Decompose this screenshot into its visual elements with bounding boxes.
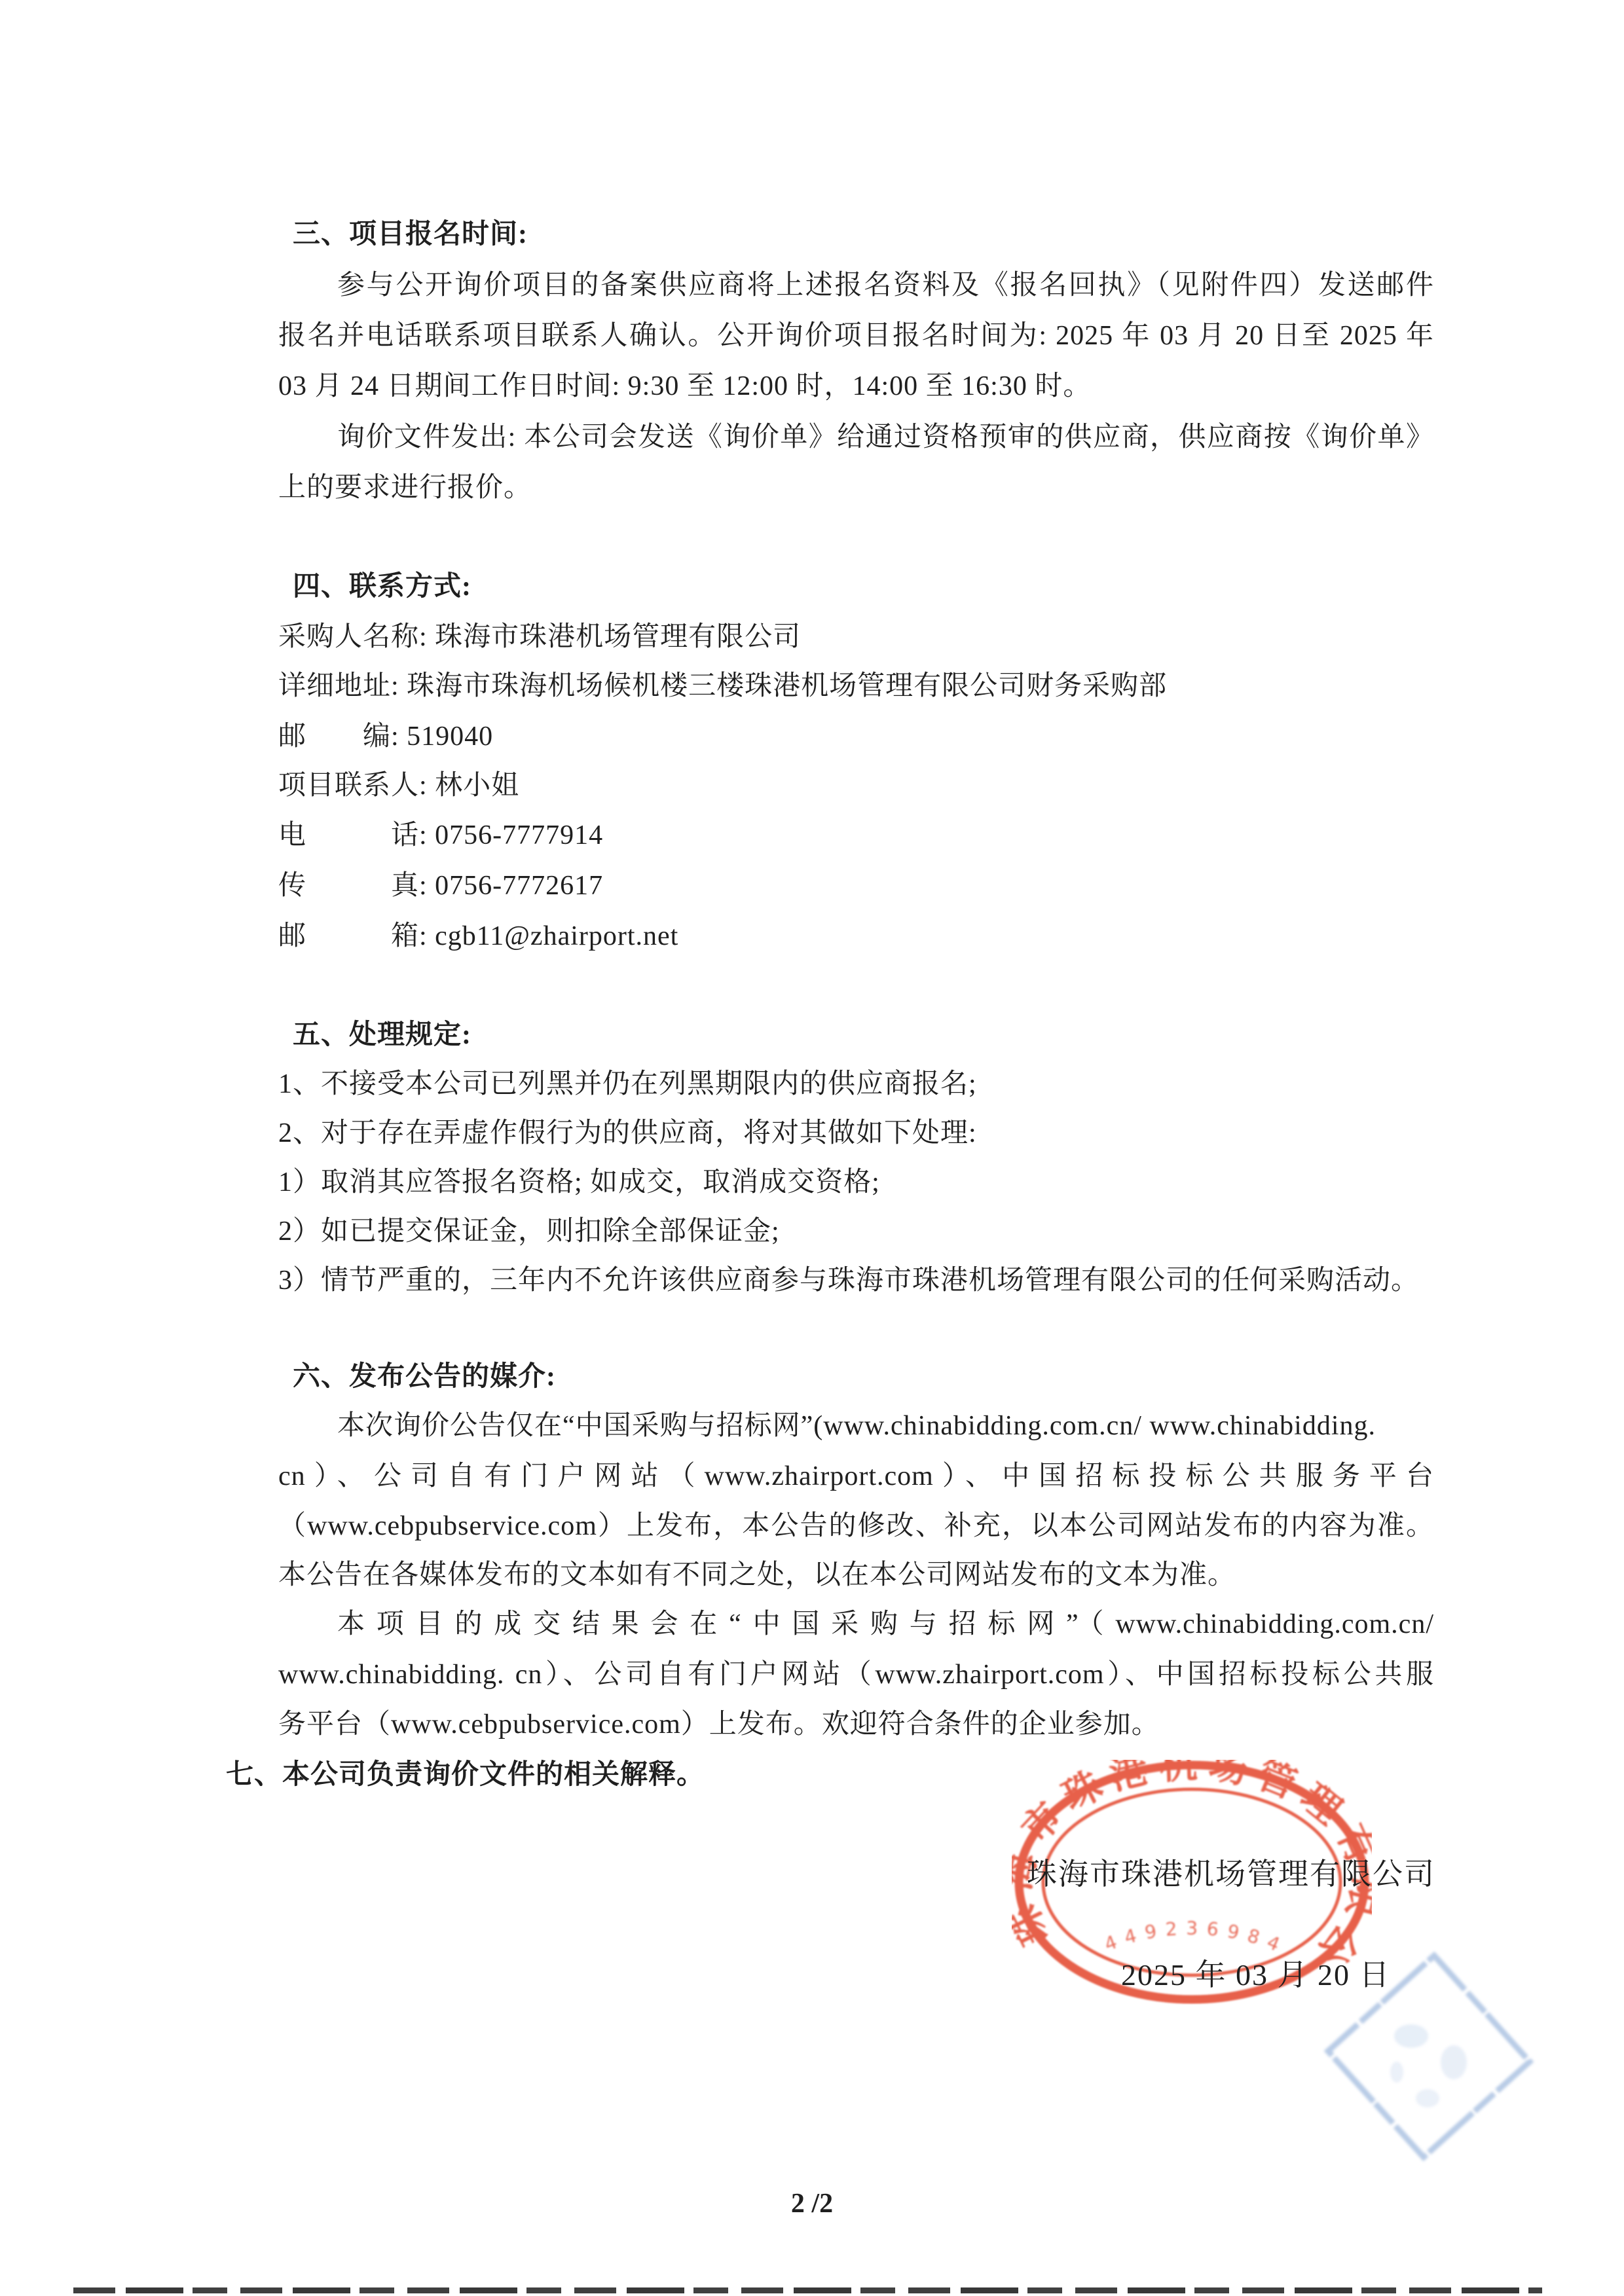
blue-stamp-smudge	[1441, 2045, 1467, 2079]
doc-line: 本项目的成交结果会在“中国采购与招标网”（www.chinabidding.co…	[278, 1606, 1434, 1643]
document-page: 三、项目报名时间: 参与公开询价项目的备案供应商将上述报名资料及《报名回执》（见…	[0, 0, 1624, 2296]
line-address: 详细地址: 珠海市珠海机场候机楼三楼珠港机场管理有限公司财务采购部	[278, 668, 1434, 704]
doc-line: 上的要求进行报价。	[278, 469, 1434, 506]
rule-subitem: 2）如已提交保证金，则扣除全部保证金;	[278, 1213, 1434, 1250]
doc-line: 询价文件发出: 本公司会发送《询价单》给通过资格预审的供应商，供应商按《询价单》	[278, 419, 1434, 456]
section-4-heading: 四、联系方式:	[278, 568, 1449, 605]
page-number: 2 /2	[0, 2188, 1624, 2219]
line-phone: 电 话: 0756-7777914	[278, 817, 1434, 854]
section-6-heading: 六、发布公告的媒介:	[278, 1358, 1449, 1395]
line-purchaser-name: 采购人名称: 珠海市珠港机场管理有限公司	[278, 619, 1434, 655]
scan-edge-artifact	[73, 2287, 1542, 2293]
doc-line: 03 月 24 日期间工作日时间: 9:30 至 12:00 时，14:00 至…	[278, 368, 1434, 405]
blue-stamp-smudge	[1390, 2062, 1403, 2083]
line-contact-person: 项目联系人: 林小姐	[278, 767, 1434, 804]
doc-line: （www.cebpubservice.com）上发布，本公告的修改、补充，以本公…	[278, 1508, 1434, 1544]
rule-item: 2、对于存在弄虚作假行为的供应商，将对其做如下处理:	[278, 1115, 1434, 1152]
blue-stamp-smudge	[1416, 2089, 1439, 2107]
rule-item: 1、不接受本公司已列黑并仍在列黑期限内的供应商报名;	[278, 1066, 1434, 1102]
doc-line: cn）、公司自有门户网站（www.zhairport.com）、中国招标投标公共…	[278, 1458, 1434, 1495]
section-5-heading: 五、处理规定:	[278, 1017, 1449, 1053]
doc-line: 务平台（www.cebpubservice.com）上发布。欢迎符合条件的企业参…	[278, 1706, 1434, 1743]
signature-company: 珠海市珠港机场管理有限公司	[1027, 1850, 1435, 1893]
signature-date: 2025 年 03 月 20 日	[1121, 1951, 1391, 1994]
blue-stamp-smudge	[1394, 2024, 1428, 2048]
rule-subitem: 1）取消其应答报名资格; 如成交，取消成交资格;	[278, 1164, 1434, 1201]
doc-line: www.chinabidding. cn）、公司自有门户网站（www.zhair…	[278, 1656, 1434, 1693]
line-email: 邮 箱: cgb11@zhairport.net	[278, 918, 1434, 955]
doc-line: 参与公开询价项目的备案供应商将上述报名资料及《报名回执》（见附件四）发送邮件	[278, 267, 1434, 304]
line-fax: 传 真: 0756-7772617	[278, 867, 1434, 904]
doc-line: 本公告在各媒体发布的文本如有不同之处，以在本公司网站发布的文本为准。	[278, 1557, 1434, 1594]
doc-line: 报名并电话联系项目联系人确认。公开询价项目报名时间为: 2025 年 03 月 …	[278, 318, 1434, 354]
line-postcode: 邮 编: 519040	[278, 718, 1434, 755]
rule-subitem: 3）情节严重的，三年内不允许该供应商参与珠海市珠港机场管理有限公司的任何采购活动…	[278, 1262, 1434, 1299]
section-3-heading: 三、项目报名时间:	[278, 216, 1449, 253]
doc-line: 本次询价公告仅在“中国采购与招标网”(www.chinabidding.com.…	[278, 1408, 1434, 1444]
